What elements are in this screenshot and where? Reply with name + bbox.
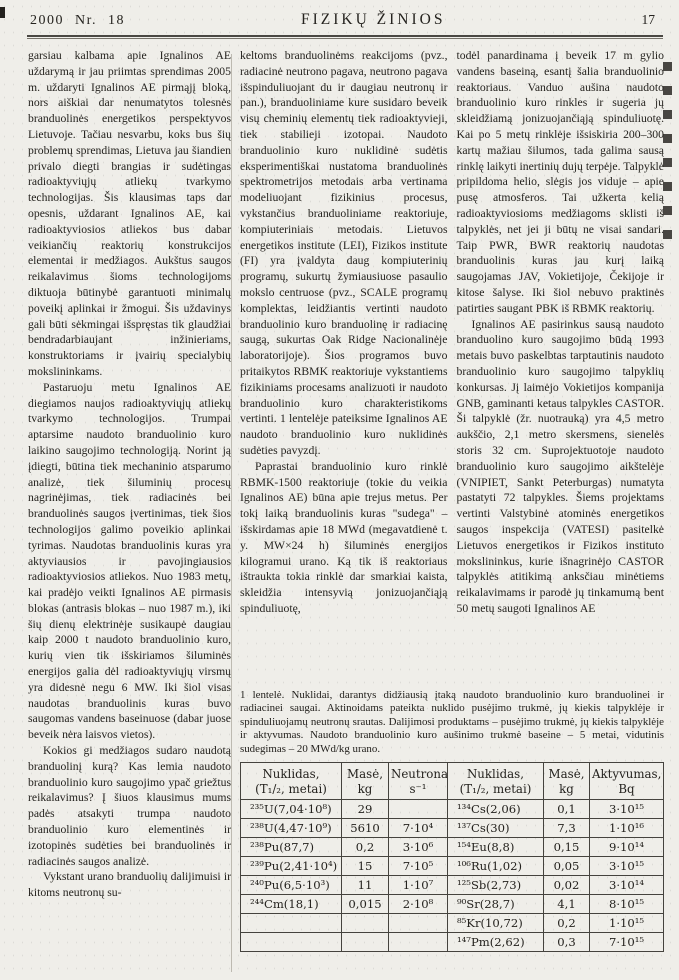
mass-cell: 4,1 (544, 895, 590, 914)
neutrons-cell: 2·10⁸ (389, 895, 448, 914)
neutrons-cell (389, 800, 448, 819)
activity-cell: 7·10¹⁵ (590, 933, 664, 952)
mass-cell: 0,15 (544, 838, 590, 857)
activity-cell: 1·10¹⁵ (590, 914, 664, 933)
mass-cell: 0,05 (544, 857, 590, 876)
mass-cell (342, 933, 389, 952)
page-header: 2000 Nr. 18 FIZIKŲ ŽINIOS 17 (0, 0, 679, 29)
table-header-row: Nuklidas, (T₁/₂, metai) Masė, kg Neutron… (241, 763, 664, 800)
header-mass-left: Masė, kg (342, 763, 389, 800)
table-caption: 1 lentelė. Nuklidai, darantys didžiausią… (240, 689, 664, 756)
neutrons-cell: 1·10⁷ (389, 876, 448, 895)
journal-title: FIZIKŲ ŽINIOS (301, 11, 445, 29)
journal-page: 2000 Nr. 18 FIZIKŲ ŽINIOS 17 garsiau kal… (0, 0, 679, 980)
activity-cell: 3·10¹⁵ (590, 800, 664, 819)
mass-cell (342, 914, 389, 933)
paragraph: keltoms branduolinėms reakcijoms (pvz., … (240, 48, 448, 459)
header-neutrons: Neutronai, s⁻¹ (389, 763, 448, 800)
nuclide-cell: ²⁴⁰Pu(6,5·10³) (241, 876, 342, 895)
mass-cell: 7,3 (544, 819, 590, 838)
header-mass-right: Masė, kg (544, 763, 590, 800)
header-nuclide-left: Nuklidas, (T₁/₂, metai) (241, 763, 342, 800)
nuclide-cell (241, 914, 342, 933)
table-row: ²³⁹Pu(2,41·10⁴) 15 7·10⁵ ¹⁰⁶Ru(1,02) 0,0… (241, 857, 664, 876)
scan-artifact (0, 7, 5, 18)
mass-cell: 5610 (342, 819, 389, 838)
page-number: 17 (641, 12, 655, 28)
mass-cell: 0,02 (544, 876, 590, 895)
activity-cell: 3·10¹⁵ (590, 857, 664, 876)
table-row: ¹⁴⁷Pm(2,62) 0,3 7·10¹⁵ (241, 933, 664, 952)
table-row: ²⁴⁴Cm(18,1) 0,015 2·10⁸ ⁹⁰Sr(28,7) 4,1 8… (241, 895, 664, 914)
right-section: keltoms branduolinėms reakcijoms (pvz., … (240, 48, 664, 980)
activity-cell: 1·10¹⁶ (590, 819, 664, 838)
mass-cell: 0,2 (544, 914, 590, 933)
paragraph: Vykstant urano branduolių dalijimuisi ir… (28, 869, 231, 901)
neutrons-cell (389, 933, 448, 952)
mass-cell: 11 (342, 876, 389, 895)
article-body: garsiau kalbama apie Ignalinos AE uždary… (0, 39, 679, 980)
paragraph: todėl panardinama į beveik 17 m gylio va… (457, 48, 665, 317)
neutrons-cell (389, 914, 448, 933)
nuclide-cell: ²³⁸Pu(87,7) (241, 838, 342, 857)
mass-cell: 0,3 (544, 933, 590, 952)
table-row: ²³⁵U(7,04·10⁸) 29 ¹³⁴Cs(2,06) 0,1 3·10¹⁵ (241, 800, 664, 819)
nuclide-cell: ²⁴⁴Cm(18,1) (241, 895, 342, 914)
column-3: todėl panardinama į beveik 17 m gylio va… (457, 48, 665, 682)
neutrons-cell: 7·10⁵ (389, 857, 448, 876)
nuclide-cell: ¹³⁴Cs(2,06) (448, 800, 544, 819)
table-row: ²³⁸Pu(87,7) 0,2 3·10⁶ ¹⁵⁴Eu(8,8) 0,15 9·… (241, 838, 664, 857)
issue-label: 2000 Nr. 18 (30, 13, 125, 29)
table-row: ⁸⁵Kr(10,72) 0,2 1·10¹⁵ (241, 914, 664, 933)
column-1: garsiau kalbama apie Ignalinos AE uždary… (28, 48, 231, 980)
nuclide-cell: ²³⁹Pu(2,41·10⁴) (241, 857, 342, 876)
nuclide-table: Nuklidas, (T₁/₂, metai) Masė, kg Neutron… (240, 762, 664, 952)
activity-cell: 9·10¹⁴ (590, 838, 664, 857)
scan-artifact (663, 62, 672, 244)
header-nuclide-right: Nuklidas, (T₁/₂, metai) (448, 763, 544, 800)
nuclide-cell: ¹⁴⁷Pm(2,62) (448, 933, 544, 952)
activity-cell: 8·10¹⁵ (590, 895, 664, 914)
paragraph: Paprastai branduolinio kuro rinklė RBMK-… (240, 459, 448, 617)
mass-cell: 15 (342, 857, 389, 876)
paragraph: Kokios gi medžiagos sudaro naudotą brand… (28, 743, 231, 869)
nuclide-cell: ⁹⁰Sr(28,7) (448, 895, 544, 914)
table-row: ²⁴⁰Pu(6,5·10³) 11 1·10⁷ ¹²⁵Sb(2,73) 0,02… (241, 876, 664, 895)
mass-cell: 0,015 (342, 895, 389, 914)
scan-artifact (231, 54, 232, 972)
paragraph: Ignalinos AE pasirinkus sausą naudoto br… (457, 317, 665, 617)
nuclide-cell (241, 933, 342, 952)
nuclide-cell: ²³⁵U(7,04·10⁸) (241, 800, 342, 819)
neutrons-cell: 7·10⁴ (389, 819, 448, 838)
mass-cell: 29 (342, 800, 389, 819)
mass-cell: 0,1 (544, 800, 590, 819)
column-2: keltoms branduolinėms reakcijoms (pvz., … (240, 48, 448, 682)
nuclide-cell: ²³⁸U(4,47·10⁹) (241, 819, 342, 838)
table-row: ²³⁸U(4,47·10⁹) 5610 7·10⁴ ¹³⁷Cs(30) 7,3 … (241, 819, 664, 838)
columns-2-3: keltoms branduolinėms reakcijoms (pvz., … (240, 48, 664, 682)
nuclide-cell: ⁸⁵Kr(10,72) (448, 914, 544, 933)
nuclide-cell: ¹³⁷Cs(30) (448, 819, 544, 838)
paragraph: garsiau kalbama apie Ignalinos AE uždary… (28, 48, 231, 380)
neutrons-cell: 3·10⁶ (389, 838, 448, 857)
mass-cell: 0,2 (342, 838, 389, 857)
activity-cell: 3·10¹⁴ (590, 876, 664, 895)
nuclide-cell: ¹⁰⁶Ru(1,02) (448, 857, 544, 876)
paragraph: Pastaruoju metu Ignalinos AE diegiamos n… (28, 380, 231, 743)
header-activity: Aktyvumas, Bq (590, 763, 664, 800)
nuclide-cell: ¹⁵⁴Eu(8,8) (448, 838, 544, 857)
nuclide-cell: ¹²⁵Sb(2,73) (448, 876, 544, 895)
